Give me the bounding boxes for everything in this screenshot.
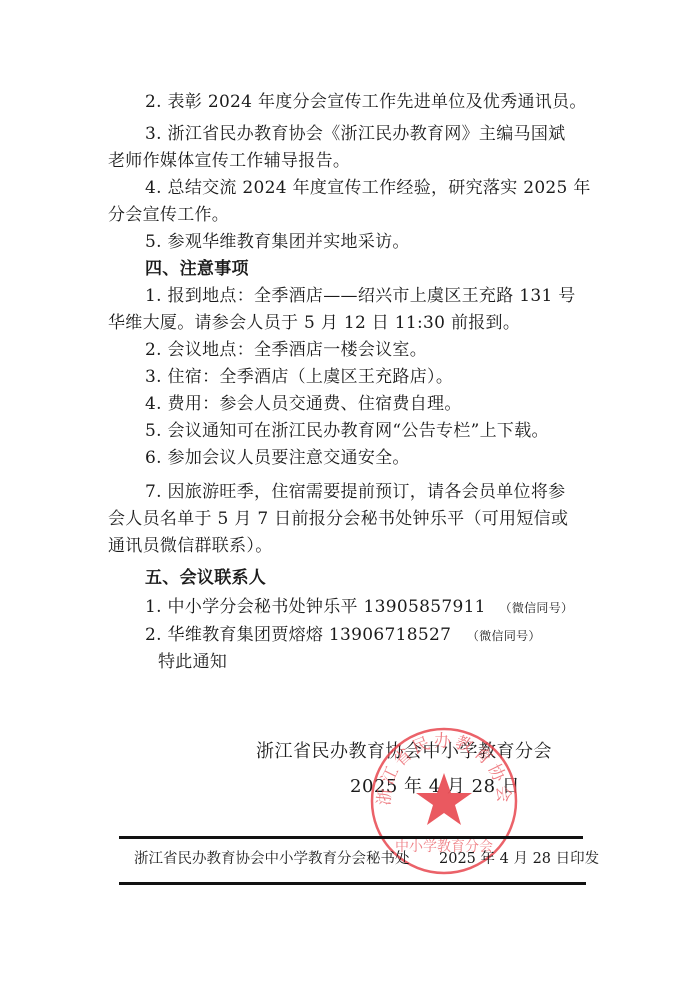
agenda-item-5: 5. 参观华维教育集团并实地采访。 bbox=[145, 232, 410, 252]
note-item-1-cont: 华维大厦。请参会人员于 5 月 12 日 11:30 前报到。 bbox=[108, 313, 520, 333]
contact-2-text: 2. 华维教育集团贾熔熔 13906718527 bbox=[145, 625, 451, 645]
agenda-item-4: 4. 总结交流 2024 年度宣传工作经验，研究落实 2025 年 bbox=[145, 178, 591, 198]
signature-org: 浙江省民办教育协会中小学教育分会 bbox=[256, 737, 552, 763]
agenda-item-3: 3. 浙江省民办教育协会《浙江民办教育网》主编马国斌 bbox=[145, 124, 565, 144]
note-item-4: 4. 费用：参会人员交通费、住宿费自理。 bbox=[145, 394, 462, 414]
contact-1-text: 1. 中小学分会秘书处钟乐平 13905857911 bbox=[145, 597, 486, 617]
contact-1: 1. 中小学分会秘书处钟乐平 13905857911 （微信同号） bbox=[145, 597, 573, 618]
note-item-7-cont2: 通讯员微信群联系）。 bbox=[108, 536, 273, 556]
section-heading-contacts: 五、会议联系人 bbox=[145, 568, 266, 588]
note-item-7-cont: 会人员名单于 5 月 7 日前报分会秘书处钟乐平（可用短信或 bbox=[108, 509, 568, 529]
note-item-6: 6. 参加会议人员要注意交通安全。 bbox=[145, 448, 410, 468]
agenda-item-3-cont: 老师作媒体宣传工作辅导报告。 bbox=[108, 151, 350, 171]
note-item-7: 7. 因旅游旺季，住宿需要提前预订，请各会员单位将参 bbox=[145, 482, 565, 502]
note-item-5: 5. 会议通知可在浙江民办教育网“公告专栏”上下载。 bbox=[145, 421, 549, 441]
footer-issue-date: 2025 年 4 月 28 日印发 bbox=[439, 847, 599, 868]
footer-issuer: 浙江省民办教育协会中小学教育分会秘书处 bbox=[134, 847, 410, 868]
signature-date: 2025 年 4 月 28 日 bbox=[350, 772, 520, 798]
note-item-3: 3. 住宿：全季酒店（上虞区王充路店）。 bbox=[145, 367, 453, 387]
note-item-1: 1. 报到地点：全季酒店——绍兴市上虞区王充路 131 号 bbox=[145, 286, 576, 306]
contact-1-note: （微信同号） bbox=[500, 601, 574, 615]
closing-text: 特此通知 bbox=[158, 652, 227, 672]
note-item-2: 2. 会议地点：全季酒店一楼会议室。 bbox=[145, 340, 427, 360]
footer-top-rule bbox=[119, 836, 583, 839]
footer-bottom-rule bbox=[119, 882, 586, 885]
agenda-item-4-cont: 分会宣传工作。 bbox=[108, 205, 229, 225]
section-heading-notes: 四、注意事项 bbox=[145, 259, 249, 279]
contact-2-note: （微信同号） bbox=[467, 629, 541, 643]
contact-2: 2. 华维教育集团贾熔熔 13906718527 （微信同号） bbox=[145, 625, 541, 646]
agenda-item-2: 2. 表彰 2024 年度分会宣传工作先进单位及优秀通讯员。 bbox=[145, 92, 587, 112]
